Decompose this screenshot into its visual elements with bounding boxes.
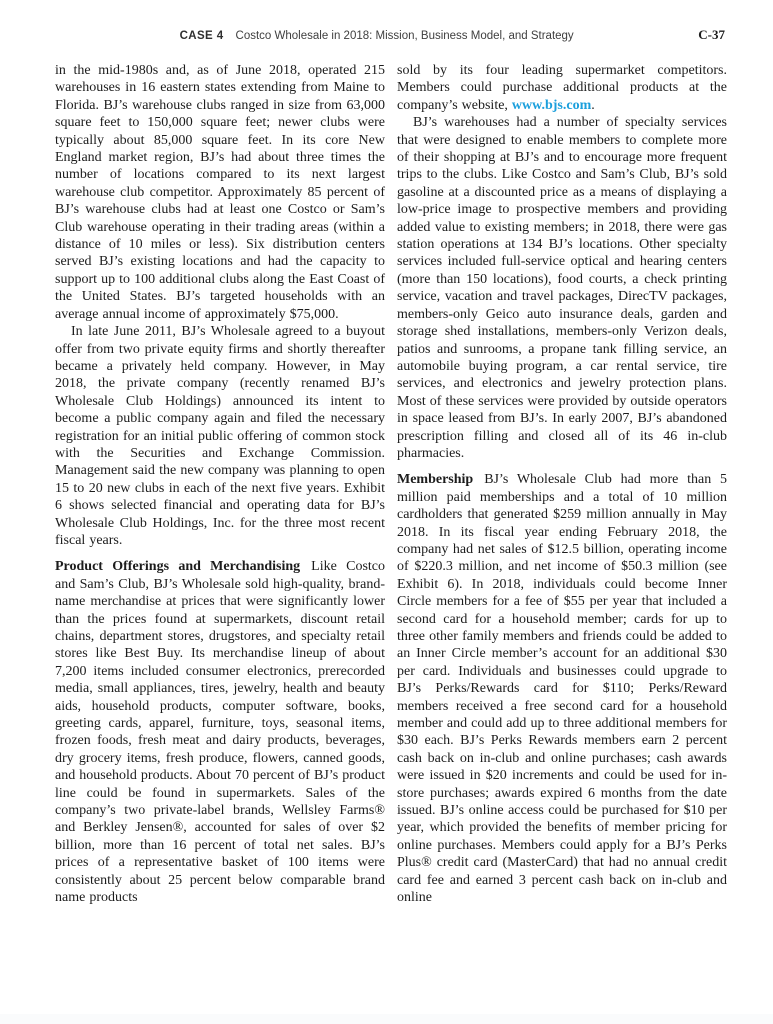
two-column-text: in the mid-1980s and, as of June 2018, o…: [55, 62, 727, 907]
left-column: in the mid-1980s and, as of June 2018, o…: [55, 62, 385, 907]
case-label: CASE 4: [180, 30, 224, 42]
section-product-offerings: Product Offerings and MerchandisingLike …: [55, 558, 385, 906]
right-column: sold by its four leading supermarket com…: [397, 62, 727, 907]
page-header: CASE 4Costco Wholesale in 2018: Mission,…: [55, 27, 725, 43]
header-title: Costco Wholesale in 2018: Mission, Busin…: [236, 30, 574, 42]
section-heading-product-offerings: Product Offerings and Merchandising: [55, 559, 300, 574]
section-membership: MembershipBJ’s Wholesale Club had more t…: [397, 471, 727, 906]
page-bottom-edge: [0, 1014, 773, 1024]
paragraph-text-end: .: [591, 98, 595, 113]
document-page: CASE 4Costco Wholesale in 2018: Mission,…: [0, 0, 773, 1024]
website-link[interactable]: www.bjs.com: [512, 98, 591, 113]
paragraph-continuation: in the mid-1980s and, as of June 2018, o…: [55, 62, 385, 323]
section-body-membership: BJ’s Wholesale Club had more than 5 mill…: [397, 472, 727, 905]
section-heading-membership: Membership: [397, 472, 473, 487]
section-body-product-offerings: Like Costco and Sam’s Club, BJ’s Wholesa…: [55, 559, 385, 905]
paragraph-buyout: In late June 2011, BJ’s Wholesale agreed…: [55, 323, 385, 549]
running-head-title-group: CASE 4Costco Wholesale in 2018: Mission,…: [55, 30, 698, 42]
paragraph-continuation-right: sold by its four leading supermarket com…: [397, 62, 727, 114]
paragraph-specialty-services: BJ’s warehouses had a number of specialt…: [397, 114, 727, 462]
page-number: C-37: [698, 27, 725, 43]
